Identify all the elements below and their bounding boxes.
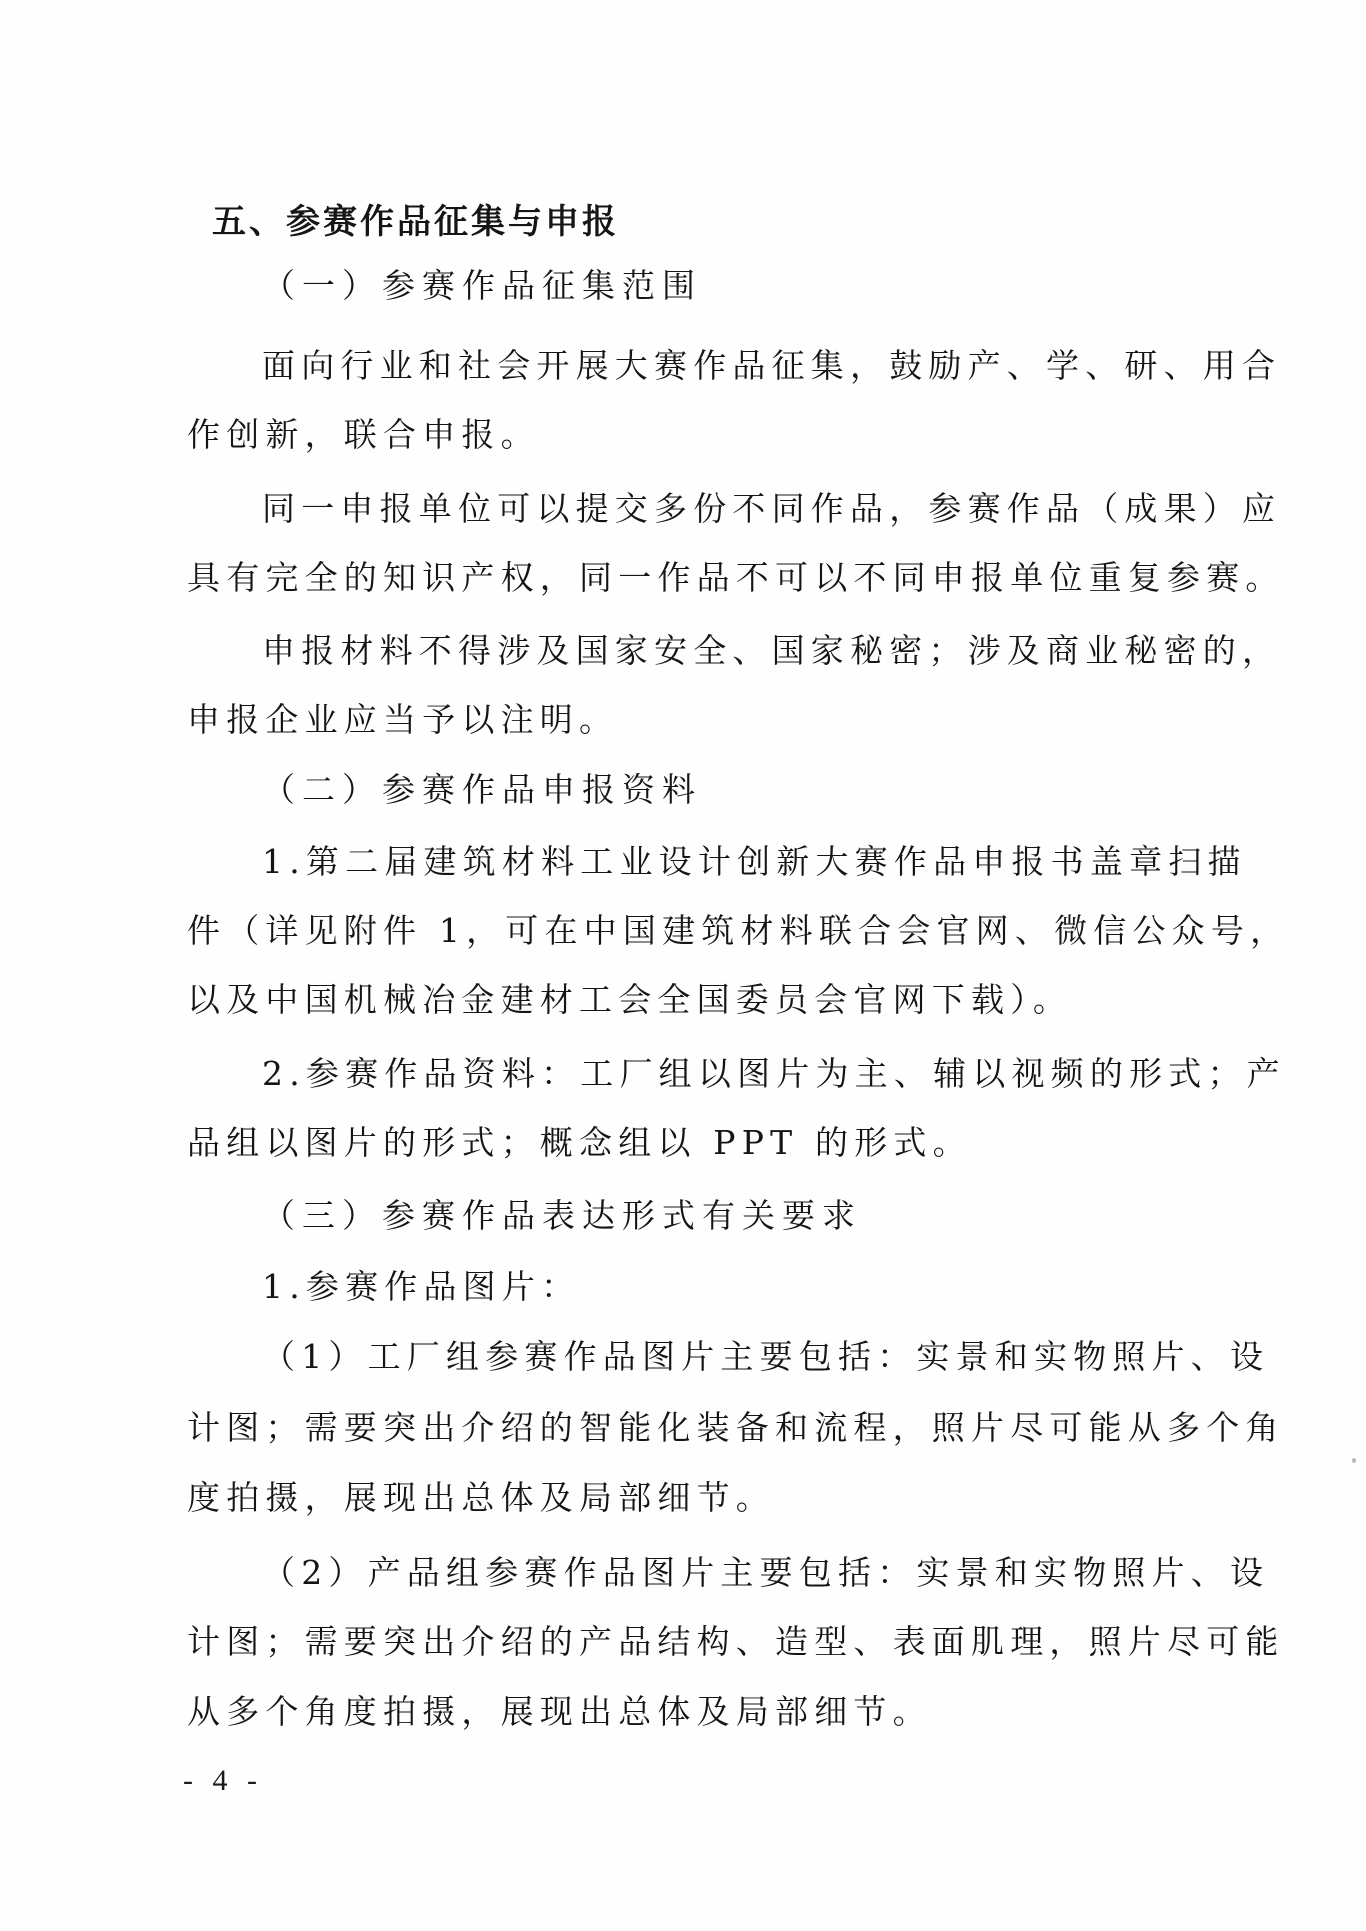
paragraph-line: 计图；需要突出介绍的智能化装备和流程，照片尽可能从多个角 bbox=[187, 1408, 1285, 1448]
paragraph-line: 具有完全的知识产权，同一作品不可以不同申报单位重复参赛。 bbox=[187, 558, 1285, 598]
paragraph-line: 1.参赛作品图片： bbox=[262, 1267, 580, 1307]
paragraph-line: 以及中国机械冶金建材工会全国委员会官网下载）。 bbox=[187, 980, 1072, 1020]
section-title: 五、参赛作品征集与申报 bbox=[212, 202, 619, 242]
paragraph-line: （1）工厂组参赛作品图片主要包括：实景和实物照片、设 bbox=[262, 1337, 1269, 1377]
paragraph-line: 申报企业应当予以注明。 bbox=[187, 700, 618, 740]
subsection-title-3: （三）参赛作品表达形式有关要求 bbox=[262, 1196, 862, 1236]
paragraph-line: 件（详见附件 1，可在中国建筑材料联合会官网、微信公众号， bbox=[187, 911, 1289, 951]
paragraph-line: 品组以图片的形式；概念组以 PPT 的形式。 bbox=[187, 1123, 972, 1163]
document-page: 五、参赛作品征集与申报 （一）参赛作品征集范围 面向行业和社会开展大赛作品征集，… bbox=[0, 0, 1366, 1931]
paragraph-line: 2.参赛作品资料：工厂组以图片为主、辅以视频的形式；产 bbox=[262, 1054, 1286, 1094]
paragraph-line: 1.第二届建筑材料工业设计创新大赛作品申报书盖章扫描 bbox=[262, 842, 1247, 882]
paragraph-line: 申报材料不得涉及国家安全、国家秘密；涉及商业秘密的， bbox=[262, 631, 1281, 671]
page-number: - 4 - bbox=[183, 1763, 263, 1799]
paragraph-line: 作创新，联合申报。 bbox=[187, 415, 540, 455]
paragraph-line: 计图；需要突出介绍的产品结构、造型、表面肌理，照片尽可能 bbox=[187, 1622, 1285, 1662]
paragraph-line: 从多个角度拍摄，展现出总体及局部细节。 bbox=[187, 1692, 932, 1732]
paragraph-line: 同一申报单位可以提交多份不同作品，参赛作品（成果）应 bbox=[262, 489, 1281, 529]
subsection-title-2: （二）参赛作品申报资料 bbox=[262, 770, 702, 810]
paragraph-line: 度拍摄，展现出总体及局部细节。 bbox=[187, 1478, 775, 1518]
paragraph-line: 面向行业和社会开展大赛作品征集，鼓励产、学、研、用合 bbox=[262, 346, 1281, 386]
subsection-title-1: （一）参赛作品征集范围 bbox=[262, 266, 702, 306]
paragraph-line: （2）产品组参赛作品图片主要包括：实景和实物照片、设 bbox=[262, 1553, 1269, 1593]
scan-speck bbox=[1352, 1458, 1356, 1463]
